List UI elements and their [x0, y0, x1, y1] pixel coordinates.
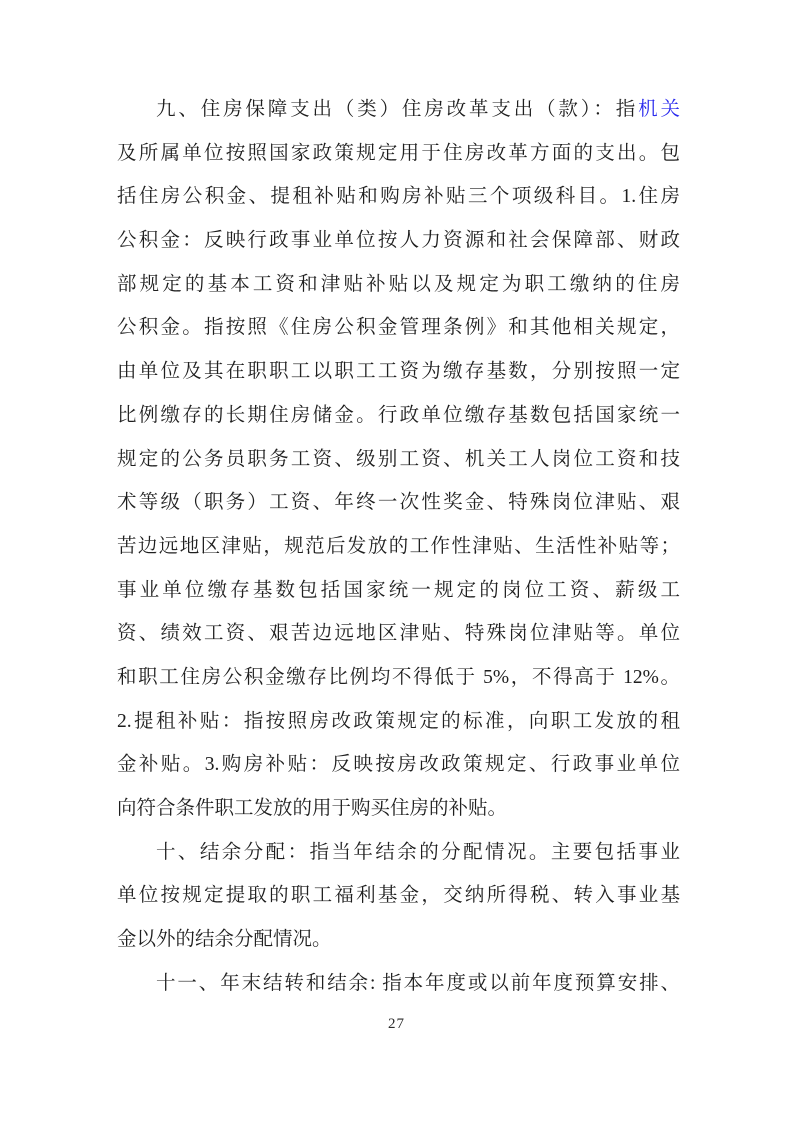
text-line: 九、住房保障支出（类）住房改革支出（款）：指机关 — [117, 88, 680, 132]
text-line: 规定的公务员职务工资、级别工资、机关工人岗位工资和技 — [117, 438, 680, 482]
text-run: 由单位及其在职职工以职工工资为缴存基数，分别按照一定 — [117, 361, 680, 382]
text-line: 2.提租补贴：指按照房改政策规定的标准，向职工发放的租 — [117, 700, 680, 744]
text-run: 和职工住房公积金缴存比例均不得低于 5%，不得高于 12%。 — [117, 667, 680, 688]
text-line: 十一、年末结转和结余: 指本年度或以前年度预算安排、 — [117, 962, 680, 1006]
text-line: 十、结余分配：指当年结余的分配情况。主要包括事业 — [117, 831, 680, 875]
text-run: 单位按规定提取的职工福利基金，交纳所得税、转入事业基 — [117, 885, 680, 906]
text-run: 术等级（职务）工资、年终一次性奖金、特殊岗位津贴、艰 — [117, 492, 680, 513]
text-line: 比例缴存的长期住房储金。行政单位缴存基数包括国家统一 — [117, 394, 680, 438]
text-run: 2.提租补贴：指按照房改政策规定的标准，向职工发放的租 — [117, 711, 680, 732]
text-run: 向符合条件职工发放的用于购买住房的补贴。 — [117, 798, 507, 819]
text-line: 及所属单位按照国家政策规定用于住房改革方面的支出。包 — [117, 132, 680, 176]
text-line: 金补贴。3.购房补贴：反映按房改政策规定、行政事业单位 — [117, 743, 680, 787]
text-line: 术等级（职务）工资、年终一次性奖金、特殊岗位津贴、艰 — [117, 481, 680, 525]
text-line: 和职工住房公积金缴存比例均不得低于 5%，不得高于 12%。 — [117, 656, 680, 700]
text-run: 金补贴。3.购房补贴：反映按房改政策规定、行政事业单位 — [117, 754, 680, 775]
document-page: 九、住房保障支出（类）住房改革支出（款）：指机关及所属单位按照国家政策规定用于住… — [0, 0, 793, 1122]
text-run: 十、结余分配：指当年结余的分配情况。主要包括事业 — [156, 842, 680, 863]
text-run: 及所属单位按照国家政策规定用于住房改革方面的支出。包 — [117, 143, 680, 164]
text-run: 规定的公务员职务工资、级别工资、机关工人岗位工资和技 — [117, 449, 680, 470]
text-run: 公积金：反映行政事业单位按人力资源和社会保障部、财政 — [117, 230, 680, 251]
text-line: 资、绩效工资、艰苦边远地区津贴、特殊岗位津贴等。单位 — [117, 612, 680, 656]
text-run: 苦边远地区津贴，规范后发放的工作性津贴、生活性补贴等； — [117, 536, 680, 557]
text-line: 单位按规定提取的职工福利基金，交纳所得税、转入事业基 — [117, 874, 680, 918]
text-line: 公积金：反映行政事业单位按人力资源和社会保障部、财政 — [117, 219, 680, 263]
text-line: 苦边远地区津贴，规范后发放的工作性津贴、生活性补贴等； — [117, 525, 680, 569]
text-line: 事业单位缴存基数包括国家统一规定的岗位工资、薪级工 — [117, 569, 680, 613]
housing-reform-link[interactable]: 机关 — [638, 99, 680, 120]
text-line: 向符合条件职工发放的用于购买住房的补贴。 — [117, 787, 680, 831]
text-run: 金以外的结余分配情况。 — [117, 929, 332, 950]
text-run: 九、住房保障支出（类）住房改革支出（款）：指 — [156, 99, 638, 120]
text-run: 资、绩效工资、艰苦边远地区津贴、特殊岗位津贴等。单位 — [117, 623, 680, 644]
text-run: 公积金。指按照《住房公积金管理条例》和其他相关规定， — [117, 317, 680, 338]
text-run: 十一、年末结转和结余: 指本年度或以前年度预算安排、 — [156, 973, 680, 994]
text-line: 公积金。指按照《住房公积金管理条例》和其他相关规定， — [117, 306, 680, 350]
text-line: 由单位及其在职职工以职工工资为缴存基数，分别按照一定 — [117, 350, 680, 394]
text-run: 事业单位缴存基数包括国家统一规定的岗位工资、薪级工 — [117, 580, 680, 601]
text-run: 比例缴存的长期住房储金。行政单位缴存基数包括国家统一 — [117, 405, 680, 426]
text-run: 括住房公积金、提租补贴和购房补贴三个项级科目。1.住房 — [117, 186, 680, 207]
page-number: 27 — [0, 1016, 793, 1033]
text-run: 部规定的基本工资和津贴补贴以及规定为职工缴纳的住房 — [117, 274, 680, 295]
document-text: 九、住房保障支出（类）住房改革支出（款）：指机关及所属单位按照国家政策规定用于住… — [117, 88, 680, 1005]
text-line: 部规定的基本工资和津贴补贴以及规定为职工缴纳的住房 — [117, 263, 680, 307]
text-line: 括住房公积金、提租补贴和购房补贴三个项级科目。1.住房 — [117, 175, 680, 219]
text-line: 金以外的结余分配情况。 — [117, 918, 680, 962]
